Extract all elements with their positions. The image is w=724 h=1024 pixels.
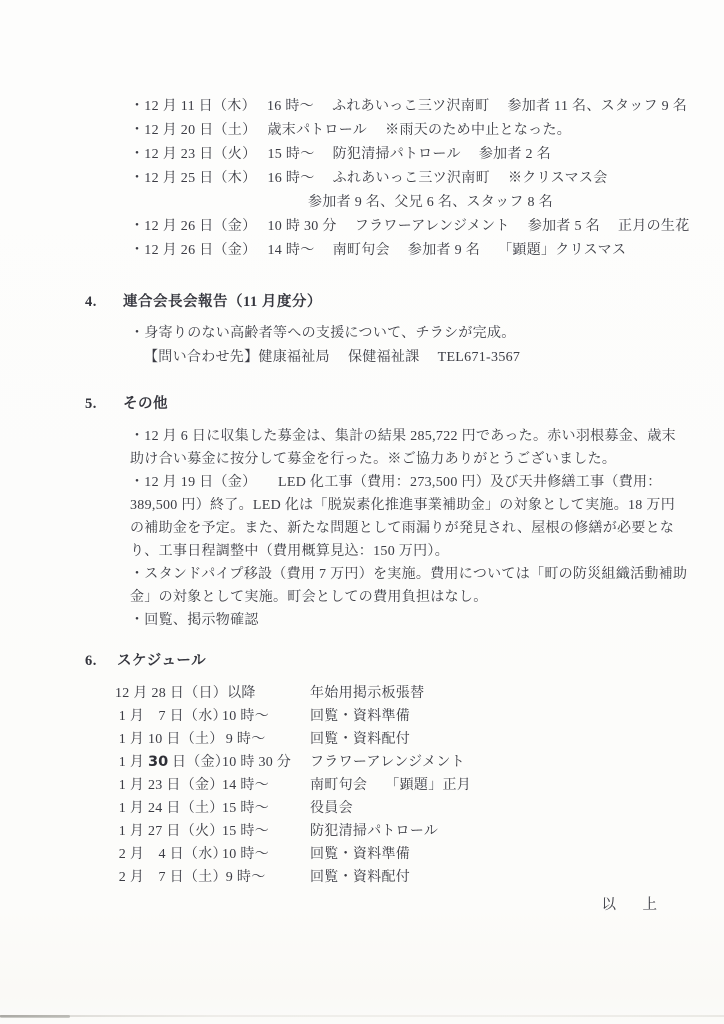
schedule-date: 2 月 7 日（土） (115, 866, 222, 889)
section-5-body: ・12 月 6 日に収集した募金は、集計の結果 285,722 円であった。赤い… (130, 425, 685, 632)
schedule-date-typed: 日（金） (168, 755, 229, 770)
schedule-activity: 回覧・資料配付 (310, 866, 685, 889)
body-line: の補助金を予定。また、新たな問題として雨漏りが発見され、屋根の修繕が必要とな (130, 517, 685, 540)
schedule-time: 15 時～ (222, 797, 310, 820)
schedule-time: 10 時 30 分 (222, 751, 310, 774)
schedule-date: 1 月 7 日（水） (115, 705, 222, 728)
activity-line: ・12 月 25 日（木） 16 時～ ふれあいっこ三ツ沢南町 ※クリスマス会 (130, 167, 685, 191)
schedule-row: 1 月 23 日（金）14 時～南町句会 「顕題」正月 (115, 774, 685, 797)
schedule-row: 1 月 24 日（土）15 時～役員会 (115, 797, 685, 820)
body-line: 389,500 円）終了。LED 化は「脱炭素化推進事業補助金」の対象として実施… (130, 494, 685, 517)
activity-line: ・12 月 11 日（木） 16 時～ ふれあいっこ三ツ沢南町 参加者 11 名… (130, 95, 685, 119)
section-5-other: 5.その他 ・12 月 6 日に収集した募金は、集計の結果 285,722 円で… (85, 392, 685, 632)
section-4-heading: 4.連合会長会報告（11 月度分） (85, 290, 685, 314)
section-6-schedule: 6.スケジュール 12 月 28 日（日）以降年始用掲示板張替 1 月 7 日（… (85, 649, 685, 889)
schedule-time: 10 時～ (222, 843, 310, 866)
activity-line: ・12 月 20 日（土） 歳末パトロール ※雨天のため中止となった。 (130, 119, 685, 143)
schedule-time: 9 時～ (222, 866, 310, 889)
schedule-activity: 役員会 (310, 797, 685, 820)
body-line: 金」の対象として実施。町会としての費用負担はなし。 (130, 586, 685, 609)
body-line: ・身寄りのない高齢者等への支援について、チラシが完成。 (130, 322, 685, 346)
activity-line-continuation: 参加者 9 名、父兄 6 名、スタッフ 8 名 (130, 191, 685, 215)
schedule-activity: 南町句会 「顕題」正月 (310, 774, 685, 797)
schedule-row: 1 月 30 日（金）10 時 30 分フラワーアレンジメント (115, 751, 685, 774)
section-4-title: 連合会長会報告（11 月度分） (123, 294, 322, 310)
schedule-date: 1 月 24 日（土） (115, 797, 222, 820)
schedule-row: 1 月 7 日（水）10 時～回覧・資料準備 (115, 705, 685, 728)
body-line: 助け合い募金に按分して募金を行った。※ご協力ありがとうございました。 (130, 448, 685, 471)
schedule-activity: 防犯清掃パトロール (310, 820, 685, 843)
section-4-federation-report: 4.連合会長会報告（11 月度分） ・身寄りのない高齢者等への支援について、チラ… (85, 290, 685, 370)
schedule-date: 1 月 10 日（土） (115, 728, 222, 751)
activity-log-section: ・12 月 11 日（木） 16 時～ ふれあいっこ三ツ沢南町 参加者 11 名… (85, 95, 685, 263)
body-line: ・12 月 6 日に収集した募金は、集計の結果 285,722 円であった。赤い… (130, 425, 685, 448)
schedule-date-typed: 1 月 (115, 755, 148, 770)
schedule-time: 14 時～ (222, 774, 310, 797)
section-6-title: スケジュール (117, 653, 206, 669)
schedule-activity: 回覧・資料配付 (310, 728, 685, 751)
schedule-activity: 回覧・資料準備 (310, 843, 685, 866)
activity-line: ・12 月 26 日（金） 10 時 30 分 フラワーアレンジメント 参加者 … (130, 215, 685, 239)
activity-line: ・12 月 23 日（火） 15 時～ 防犯清掃パトロール 参加者 2 名 (130, 143, 685, 167)
section-6-number: 6. (85, 649, 117, 673)
schedule-row: 2 月 7 日（土） 9 時～回覧・資料配付 (115, 866, 685, 889)
schedule-date: 12 月 28 日（日）以降 (115, 682, 222, 705)
section-5-title: その他 (123, 396, 168, 412)
section-5-heading: 5.その他 (85, 392, 685, 416)
body-line: ・スタンドパイプ移設（費用 7 万円）を実施。費用については「町の防災組織活動補… (130, 563, 685, 586)
scan-edge-shadow (0, 1015, 70, 1018)
schedule-row: 1 月 10 日（土） 9 時～回覧・資料配付 (115, 728, 685, 751)
schedule-row: 12 月 28 日（日）以降年始用掲示板張替 (115, 682, 685, 705)
schedule-time: 10 時～ (222, 705, 310, 728)
activity-line: ・12 月 26 日（金） 14 時～ 南町句会 参加者 9 名 「顕題」クリス… (130, 239, 685, 263)
schedule-activity: 年始用掲示板張替 (310, 682, 685, 705)
schedule-date: 1 月 27 日（火） (115, 820, 222, 843)
schedule-date: 1 月 30 日（金） (115, 751, 222, 774)
schedule-time: 15 時～ (222, 820, 310, 843)
schedule-time (222, 682, 310, 705)
schedule-time: 9 時～ (222, 728, 310, 751)
schedule-list: 12 月 28 日（日）以降年始用掲示板張替 1 月 7 日（水）10 時～回覧… (115, 682, 685, 889)
schedule-date: 1 月 23 日（金） (115, 774, 222, 797)
schedule-row: 1 月 27 日（火）15 時～防犯清掃パトロール (115, 820, 685, 843)
closing-phrase: 以 上 (85, 894, 685, 917)
handwritten-correction: 30 (148, 754, 168, 770)
section-4-body: ・身寄りのない高齢者等への支援について、チラシが完成。 【問い合わせ先】健康福祉… (130, 322, 685, 370)
section-6-heading: 6.スケジュール (85, 649, 685, 673)
body-line: り、工事日程調整中（費用概算見込：150 万円）。 (130, 540, 685, 563)
scan-edge-artifact (0, 1015, 724, 1017)
schedule-row: 2 月 4 日（水）10 時～回覧・資料準備 (115, 843, 685, 866)
schedule-activity: フラワーアレンジメント (310, 751, 685, 774)
body-line: ・12 月 19 日（金） LED 化工事（費用：273,500 円）及び天井修… (130, 471, 685, 494)
schedule-date: 2 月 4 日（水） (115, 843, 222, 866)
body-line: 【問い合わせ先】健康福祉局 保健福祉課 TEL671-3567 (130, 346, 685, 370)
section-4-number: 4. (85, 290, 123, 314)
document-content: ・12 月 11 日（木） 16 時～ ふれあいっこ三ツ沢南町 参加者 11 名… (85, 95, 685, 917)
section-5-number: 5. (85, 392, 123, 416)
scanned-document-page: ・12 月 11 日（木） 16 時～ ふれあいっこ三ツ沢南町 参加者 11 名… (0, 0, 724, 1024)
schedule-activity: 回覧・資料準備 (310, 705, 685, 728)
body-line: ・回覧、掲示物確認 (130, 609, 685, 632)
